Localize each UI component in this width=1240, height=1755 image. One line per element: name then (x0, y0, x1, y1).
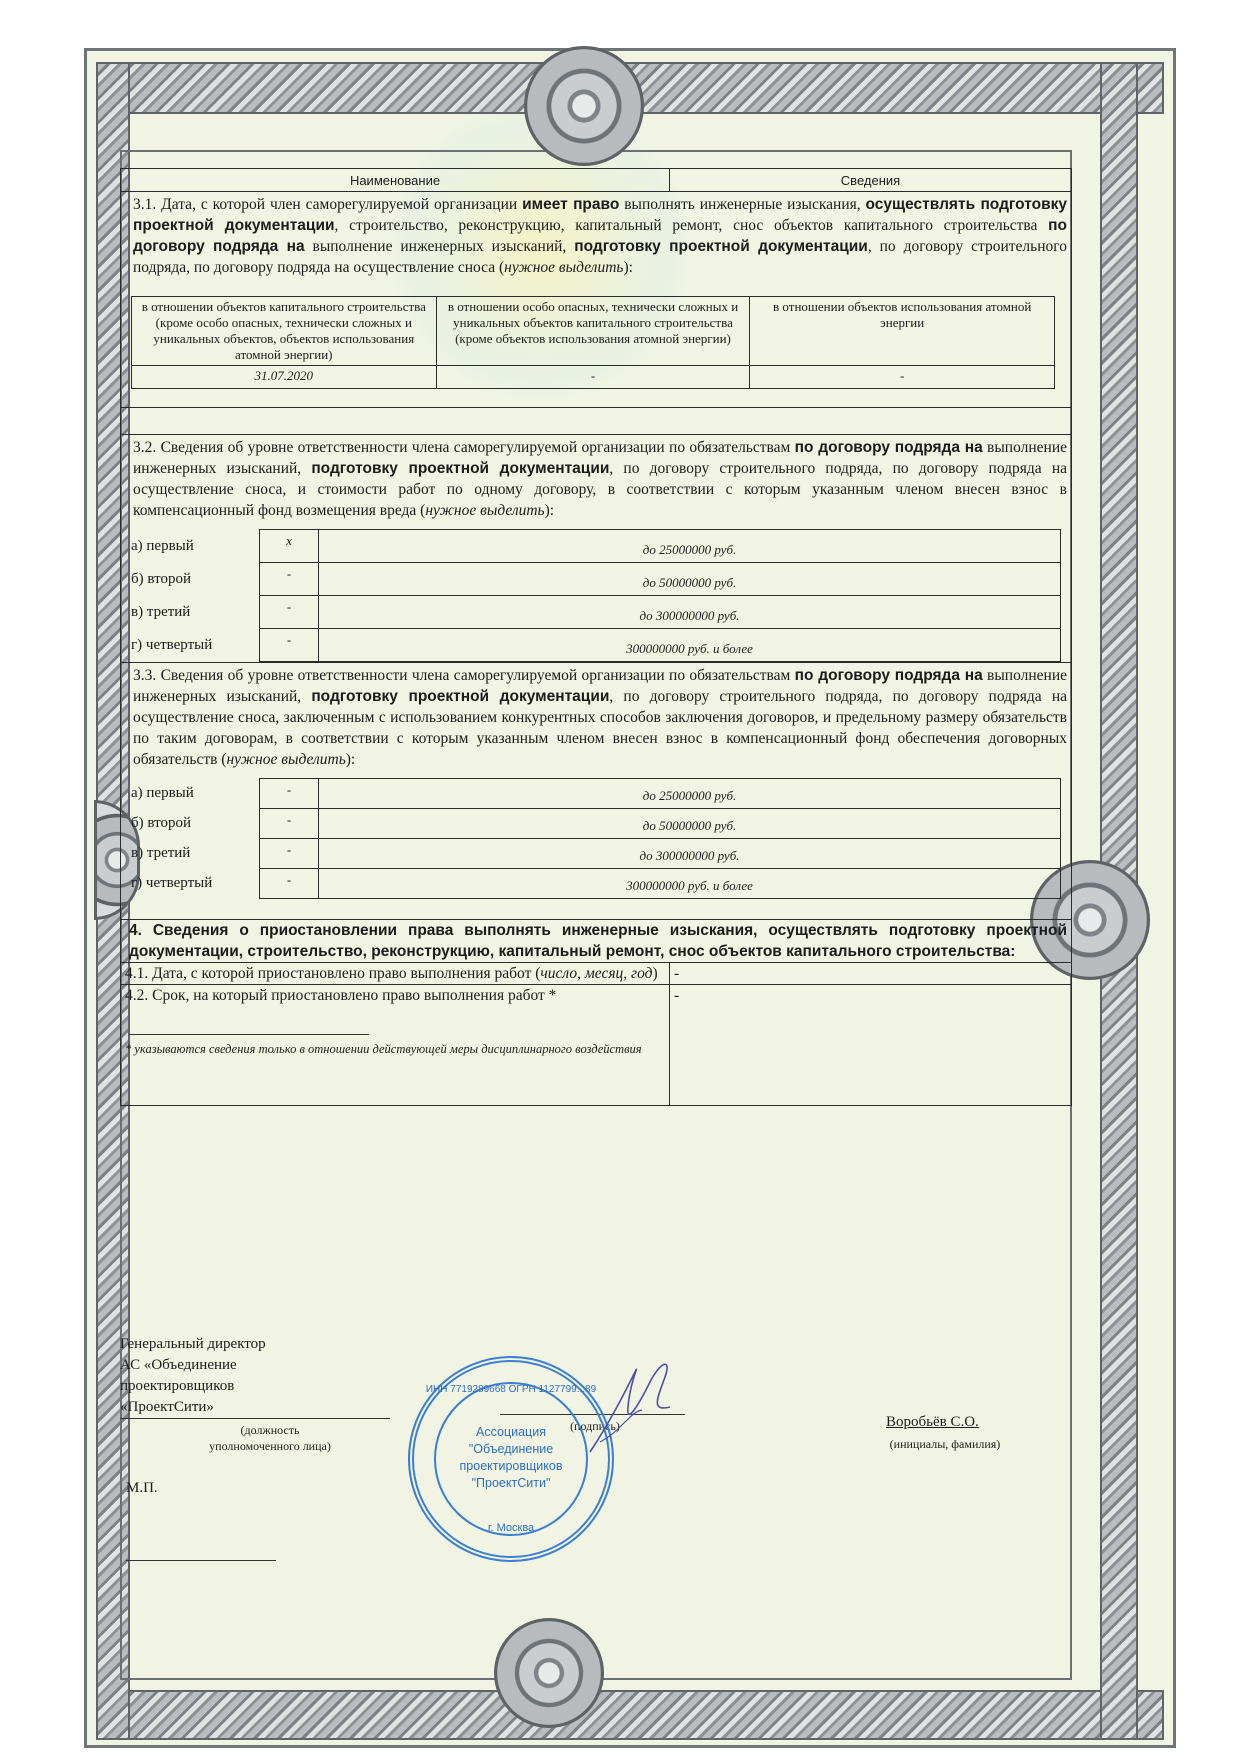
caption-line: уполномоченного лица) (150, 1438, 390, 1454)
section-3-2: 3.2. Сведения об уровне ответственности … (121, 435, 1072, 663)
level-label: г) четвертый (121, 869, 260, 899)
level-amount: до 50000000 руб. (319, 809, 1061, 839)
level-amount: 300000000 руб. и более (319, 869, 1061, 899)
level-row: б) второй-до 50000000 руб. (121, 809, 1061, 839)
level-row: а) первыйxдо 25000000 руб. (121, 530, 1061, 563)
value-capital-date: 31.07.2020 (132, 366, 437, 389)
document-body: Наименование Сведения 3.1. Дата, с котор… (120, 168, 1072, 1106)
frame-band-bottom (96, 1690, 1164, 1740)
row-4-2: 4.2. Срок, на который приостановлено пра… (121, 985, 1072, 1106)
stamp-line: проектировщиков (414, 1458, 608, 1475)
stamp-text: Ассоциация "Объединение проектировщиков … (414, 1424, 608, 1492)
position-line: проектировщиков (120, 1376, 266, 1397)
level-mark: - (260, 869, 319, 899)
level-label: б) второй (121, 563, 260, 596)
handwritten-signature-icon (580, 1352, 680, 1462)
mp-underline (126, 1560, 276, 1561)
rosette-ornament-icon (524, 46, 644, 166)
section-3-2-text: 3.2. Сведения об уровне ответственности … (121, 435, 1071, 525)
level-amount: до 25000000 руб. (319, 530, 1061, 563)
stamp-line: "ПроектСити" (414, 1475, 608, 1492)
header-name: Наименование (121, 169, 670, 192)
signatory-name: Воробьёв С.О. (886, 1412, 979, 1433)
level-row: а) первый-до 25000000 руб. (121, 779, 1061, 809)
stamp-line: "Объединение (414, 1441, 608, 1458)
level-label: г) четвертый (121, 629, 260, 662)
stamp-line: Ассоциация (414, 1424, 608, 1441)
section-3-2-levels: а) первыйxдо 25000000 руб.б) второй-до 5… (121, 529, 1061, 662)
signatory-position: Генеральный директор АС «Объединение про… (120, 1334, 266, 1418)
level-label: в) третий (121, 839, 260, 869)
position-line: «ПроектСити» (120, 1397, 266, 1418)
position-caption: (должность уполномоченного лица) (150, 1422, 390, 1454)
value-dangerous: - (436, 366, 750, 389)
level-label: а) первый (121, 779, 260, 809)
col-atomic-objects: в отношении объектов использования атомн… (750, 297, 1055, 366)
level-row: б) второй-до 50000000 руб. (121, 563, 1061, 596)
row-4-2-value: - (670, 985, 1072, 1106)
stamp-city: г. Москва (414, 1522, 608, 1534)
level-row: в) третий-до 300000000 руб. (121, 596, 1061, 629)
table-header: Наименование Сведения (121, 169, 1072, 192)
level-mark: - (260, 779, 319, 809)
section-3-3-text: 3.3. Сведения об уровне ответственности … (121, 663, 1071, 774)
level-label: б) второй (121, 809, 260, 839)
level-amount: до 300000000 руб. (319, 839, 1061, 869)
level-label: в) третий (121, 596, 260, 629)
stamp-inn-ogrn: ИНН 7719289668 ОГРН 1127799...89 (414, 1384, 608, 1395)
level-amount: до 300000000 руб. (319, 596, 1061, 629)
level-amount: до 50000000 руб. (319, 563, 1061, 596)
row-4-2-label: 4.2. Срок, на который приостановлено пра… (121, 985, 669, 1006)
rosette-ornament-icon (494, 1618, 604, 1728)
section-3-1-text: 3.1. Дата, с которой член саморегулируем… (121, 192, 1071, 282)
level-row: в) третий-до 300000000 руб. (121, 839, 1061, 869)
section-3-3: 3.3. Сведения об уровне ответственности … (121, 663, 1072, 920)
level-mark: - (260, 596, 319, 629)
stamp-place: М.П. (126, 1478, 158, 1499)
footnote: * указываются сведения только в отношени… (121, 1041, 669, 1058)
section-3-1-table: в отношении объектов капитального строит… (131, 296, 1055, 389)
col-dangerous-objects: в отношении особо опасных, технически сл… (436, 297, 750, 366)
caption-line: (должность (150, 1422, 390, 1438)
position-line: АС «Объединение (120, 1355, 266, 1376)
row-4-1: 4.1. Дата, с которой приостановлено прав… (121, 963, 1072, 985)
level-mark: - (260, 629, 319, 662)
level-amount: 300000000 руб. и более (319, 629, 1061, 662)
name-caption: (инициалы, фамилия) (870, 1434, 1020, 1455)
section-4: 4. Сведения о приостановлении права выпо… (121, 920, 1072, 963)
row-4-1-value: - (670, 963, 1072, 985)
position-underline (120, 1418, 390, 1419)
main-table: Наименование Сведения 3.1. Дата, с котор… (120, 168, 1072, 1106)
level-label: а) первый (121, 530, 260, 563)
section-4-title: 4. Сведения о приостановлении права выпо… (129, 922, 1067, 960)
value-atomic: - (750, 366, 1055, 389)
level-row: г) четвертый-300000000 руб. и более (121, 869, 1061, 899)
header-info: Сведения (670, 169, 1072, 192)
section-3-1: 3.1. Дата, с которой член саморегулируем… (121, 192, 1072, 435)
section-3-3-levels: а) первый-до 25000000 руб.б) второй-до 5… (121, 778, 1061, 899)
level-mark: x (260, 530, 319, 563)
position-line: Генеральный директор (120, 1334, 266, 1355)
row-4-1-label: 4.1. Дата, с которой приостановлено прав… (121, 963, 670, 985)
level-mark: - (260, 809, 319, 839)
level-row: г) четвертый-300000000 руб. и более (121, 629, 1061, 662)
level-mark: - (260, 563, 319, 596)
level-amount: до 25000000 руб. (319, 779, 1061, 809)
footnote-divider (129, 1034, 369, 1035)
level-mark: - (260, 839, 319, 869)
col-capital-objects: в отношении объектов капитального строит… (132, 297, 437, 366)
